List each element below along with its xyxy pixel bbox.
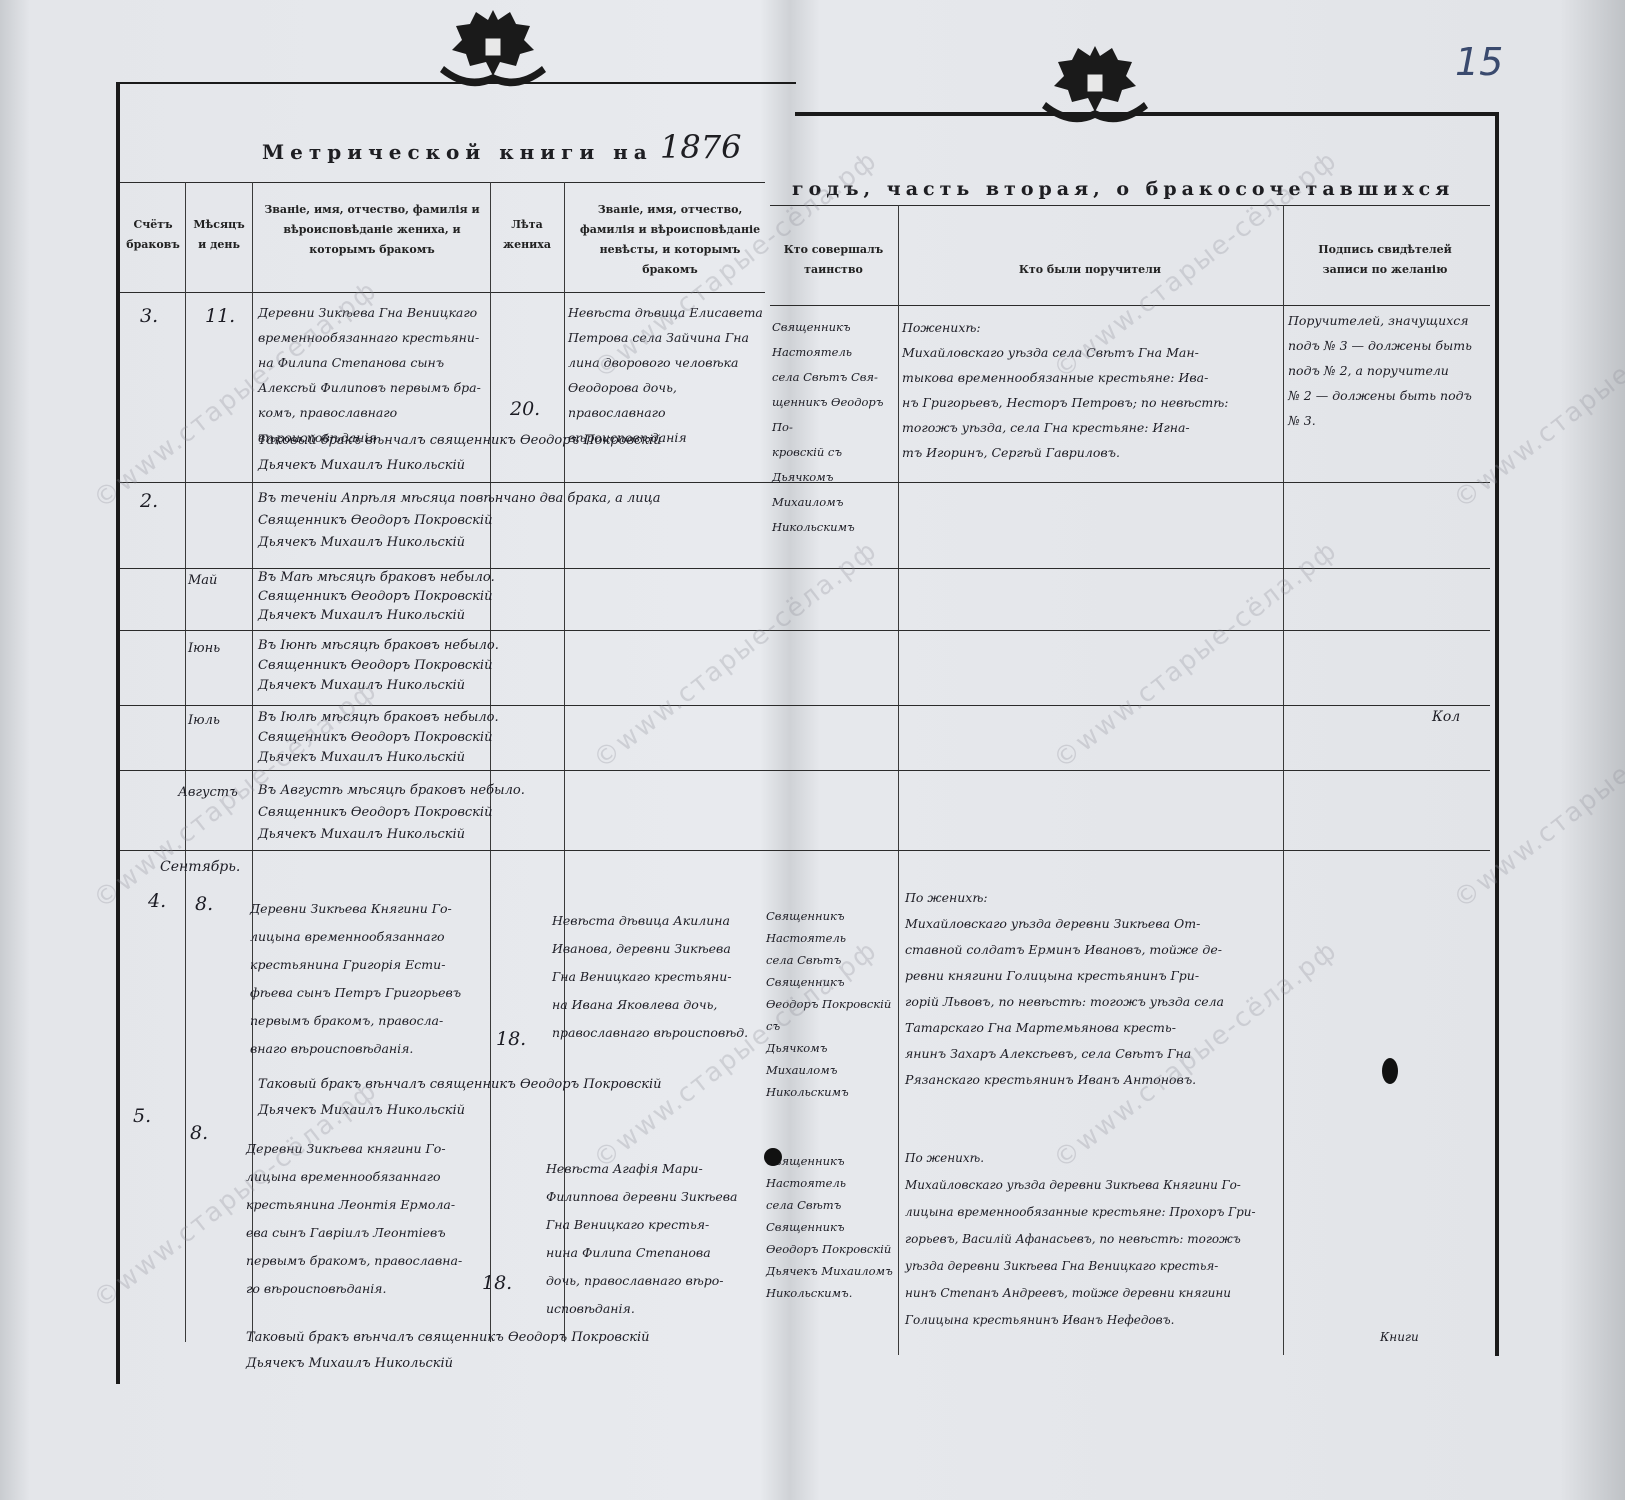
col-header-groom: Званіе, имя, отчество, фамилія и вѣроисп… [262, 200, 482, 260]
rule [120, 182, 765, 183]
signature: Таковый бракъ вѣнчалъ священникъ Ѳеодоръ… [258, 428, 798, 478]
row-separator [120, 630, 1490, 631]
entry-number: 3. [140, 305, 158, 327]
signature: Таковый бракъ вѣнчалъ священникъ Ѳеодоръ… [246, 1325, 966, 1377]
entry-day: 11. [205, 305, 235, 327]
month-summary: Въ Августѣ мѣсяцѣ браковъ небыло. Священ… [258, 780, 698, 846]
sureties-details: По женихѣ. Михайловскаго уѣзда деревни З… [905, 1145, 1285, 1334]
month-summary: Въ теченіи Апрѣля мѣсяца повѣнчано два б… [258, 488, 778, 554]
entry-number: 5. [133, 1105, 151, 1127]
title-right: годъ, часть вторая, о бракосочетавшихся [792, 178, 1454, 200]
col-header-groom-age: Лѣта жениха [494, 215, 560, 255]
entry-number: 2. [140, 490, 158, 512]
ink-blot [764, 1148, 782, 1166]
sureties-details: По женихѣ: Михайловскаго уѣзда деревни З… [905, 885, 1285, 1093]
witness-note: Поручителей, значущихся подъ № 3 — долже… [1288, 308, 1488, 433]
ink-blot [1382, 1058, 1398, 1084]
col-header-witnesses: Подпись свидѣтелей записи по желанію [1300, 240, 1470, 280]
col-header-count: Счётъ браковъ [122, 215, 184, 255]
page-number: 15 [1455, 40, 1503, 84]
month-label: Май [188, 568, 217, 593]
title-year: 1876 [660, 128, 741, 166]
row-separator [120, 770, 1490, 771]
col-header-month-day: Мѣсяцъ и день [188, 215, 250, 255]
rule [770, 205, 1490, 206]
entry-day: 8. [195, 893, 213, 915]
title-left: Метрической книги на [262, 140, 653, 164]
rule [120, 292, 765, 293]
month-summary: Въ Маѣ мѣсяцѣ браковъ небыло. Священникъ… [258, 568, 698, 625]
col-header-officiant: Кто совершалъ таинство [776, 240, 891, 280]
month-summary: Въ Іюнѣ мѣсяцѣ браковъ небыло. Священник… [258, 636, 698, 696]
officiant-details: Священникъ Настоятель села Свѣтъ Священн… [766, 1150, 896, 1304]
margin-note: Кол [1432, 705, 1460, 730]
column-divider [898, 205, 899, 1355]
groom-age: 20. [510, 398, 540, 420]
margin-note: Книги [1380, 1325, 1419, 1350]
column-divider [185, 182, 186, 1342]
month-label: Іюнь [188, 636, 220, 661]
entry-number: 4. [148, 890, 166, 912]
entry-day: 8. [190, 1122, 208, 1144]
month-label: Іюль [188, 708, 220, 733]
row-separator [120, 850, 1490, 851]
bride-details: Невѣста дѣвица Акилина Иванова, деревни … [552, 907, 762, 1047]
groom-details: Деревни Зикѣева Княгини Го- лицына време… [250, 895, 482, 1063]
imperial-eagle-crest-icon-right [1040, 38, 1150, 133]
groom-age: 18. [496, 1028, 526, 1050]
imperial-eagle-crest-icon [438, 2, 548, 97]
bride-details: Невѣста Агафія Мари- Филиппова деревни З… [546, 1155, 761, 1323]
groom-age: 18. [482, 1272, 512, 1294]
